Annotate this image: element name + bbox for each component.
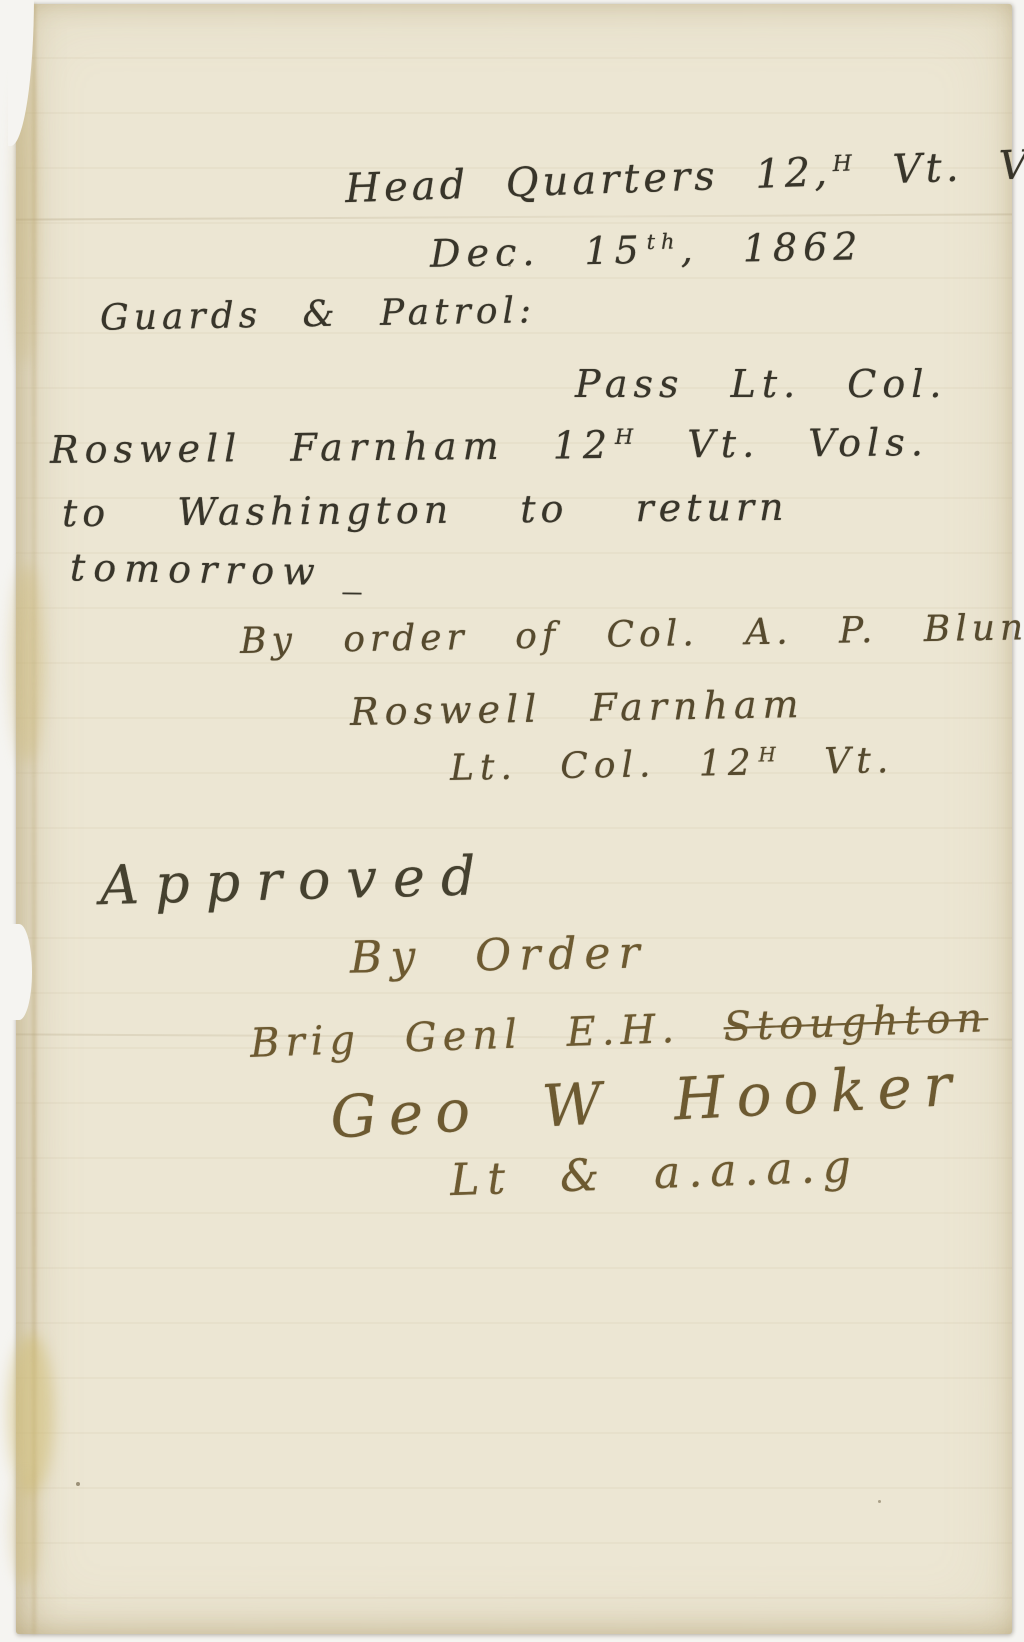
heading-superscript: H (832, 151, 856, 177)
line-hooker-rank: Lt & a.a.a.g (449, 1143, 859, 1205)
rank-superscript: H (758, 743, 782, 766)
line-salutation: Guards & Patrol: (100, 292, 537, 338)
edge-stain (10, 564, 44, 764)
torn-corner-top-left (8, 0, 34, 146)
ink-speck (76, 1482, 80, 1486)
edge-stain (12, 64, 38, 364)
line-by-order-col: By order of Col. A. P. Blunt (240, 609, 1024, 662)
line-farnham-rank: Lt. Col. 12H Vt. (450, 742, 895, 789)
document-page: Head Quarters 12,H Vt. V. Dec. 15th, 186… (16, 4, 1012, 1634)
line-heading: Head Quarters 12,H Vt. V. (344, 144, 1024, 211)
brig-text: Brig Genl E.H. (249, 1004, 724, 1067)
rank-text: Vt. (782, 740, 895, 783)
name-superscript: H (615, 425, 639, 449)
rank-text: Lt. Col. 12 (450, 743, 757, 789)
edge-stain (8, 1334, 54, 1494)
edge-stain (10, 1474, 40, 1584)
name-text: Vt. Vols. (639, 420, 929, 467)
fold-line-top (16, 213, 1012, 220)
ink-speck (878, 1500, 881, 1503)
date-superscript: th (646, 230, 680, 255)
heading-text: Head Quarters 12, (344, 149, 831, 212)
line-by-order: By Order (350, 929, 648, 982)
torn-notch-left (6, 924, 32, 1020)
line-hooker-signature: Geo W Hooker (329, 1053, 965, 1149)
line-destination: to Washington to return (62, 487, 789, 534)
line-farnham-signature: Roswell Farnham (350, 684, 805, 733)
struck-name: Stoughton (723, 995, 989, 1050)
date-text: , 1862 (680, 224, 864, 271)
date-text: Dec. 15 (430, 228, 645, 276)
line-pass: Pass Lt. Col. (575, 364, 947, 405)
line-approved: Approved (99, 847, 492, 916)
left-edge-crease (32, 4, 36, 1634)
line-tomorrow: tomorrow _ (70, 547, 371, 593)
heading-text: Vt. V. (855, 142, 1024, 194)
line-date: Dec. 15th, 1862 (430, 226, 864, 275)
line-name: Roswell Farnham 12H Vt. Vols. (50, 422, 929, 471)
name-text: Roswell Farnham 12 (50, 423, 613, 472)
